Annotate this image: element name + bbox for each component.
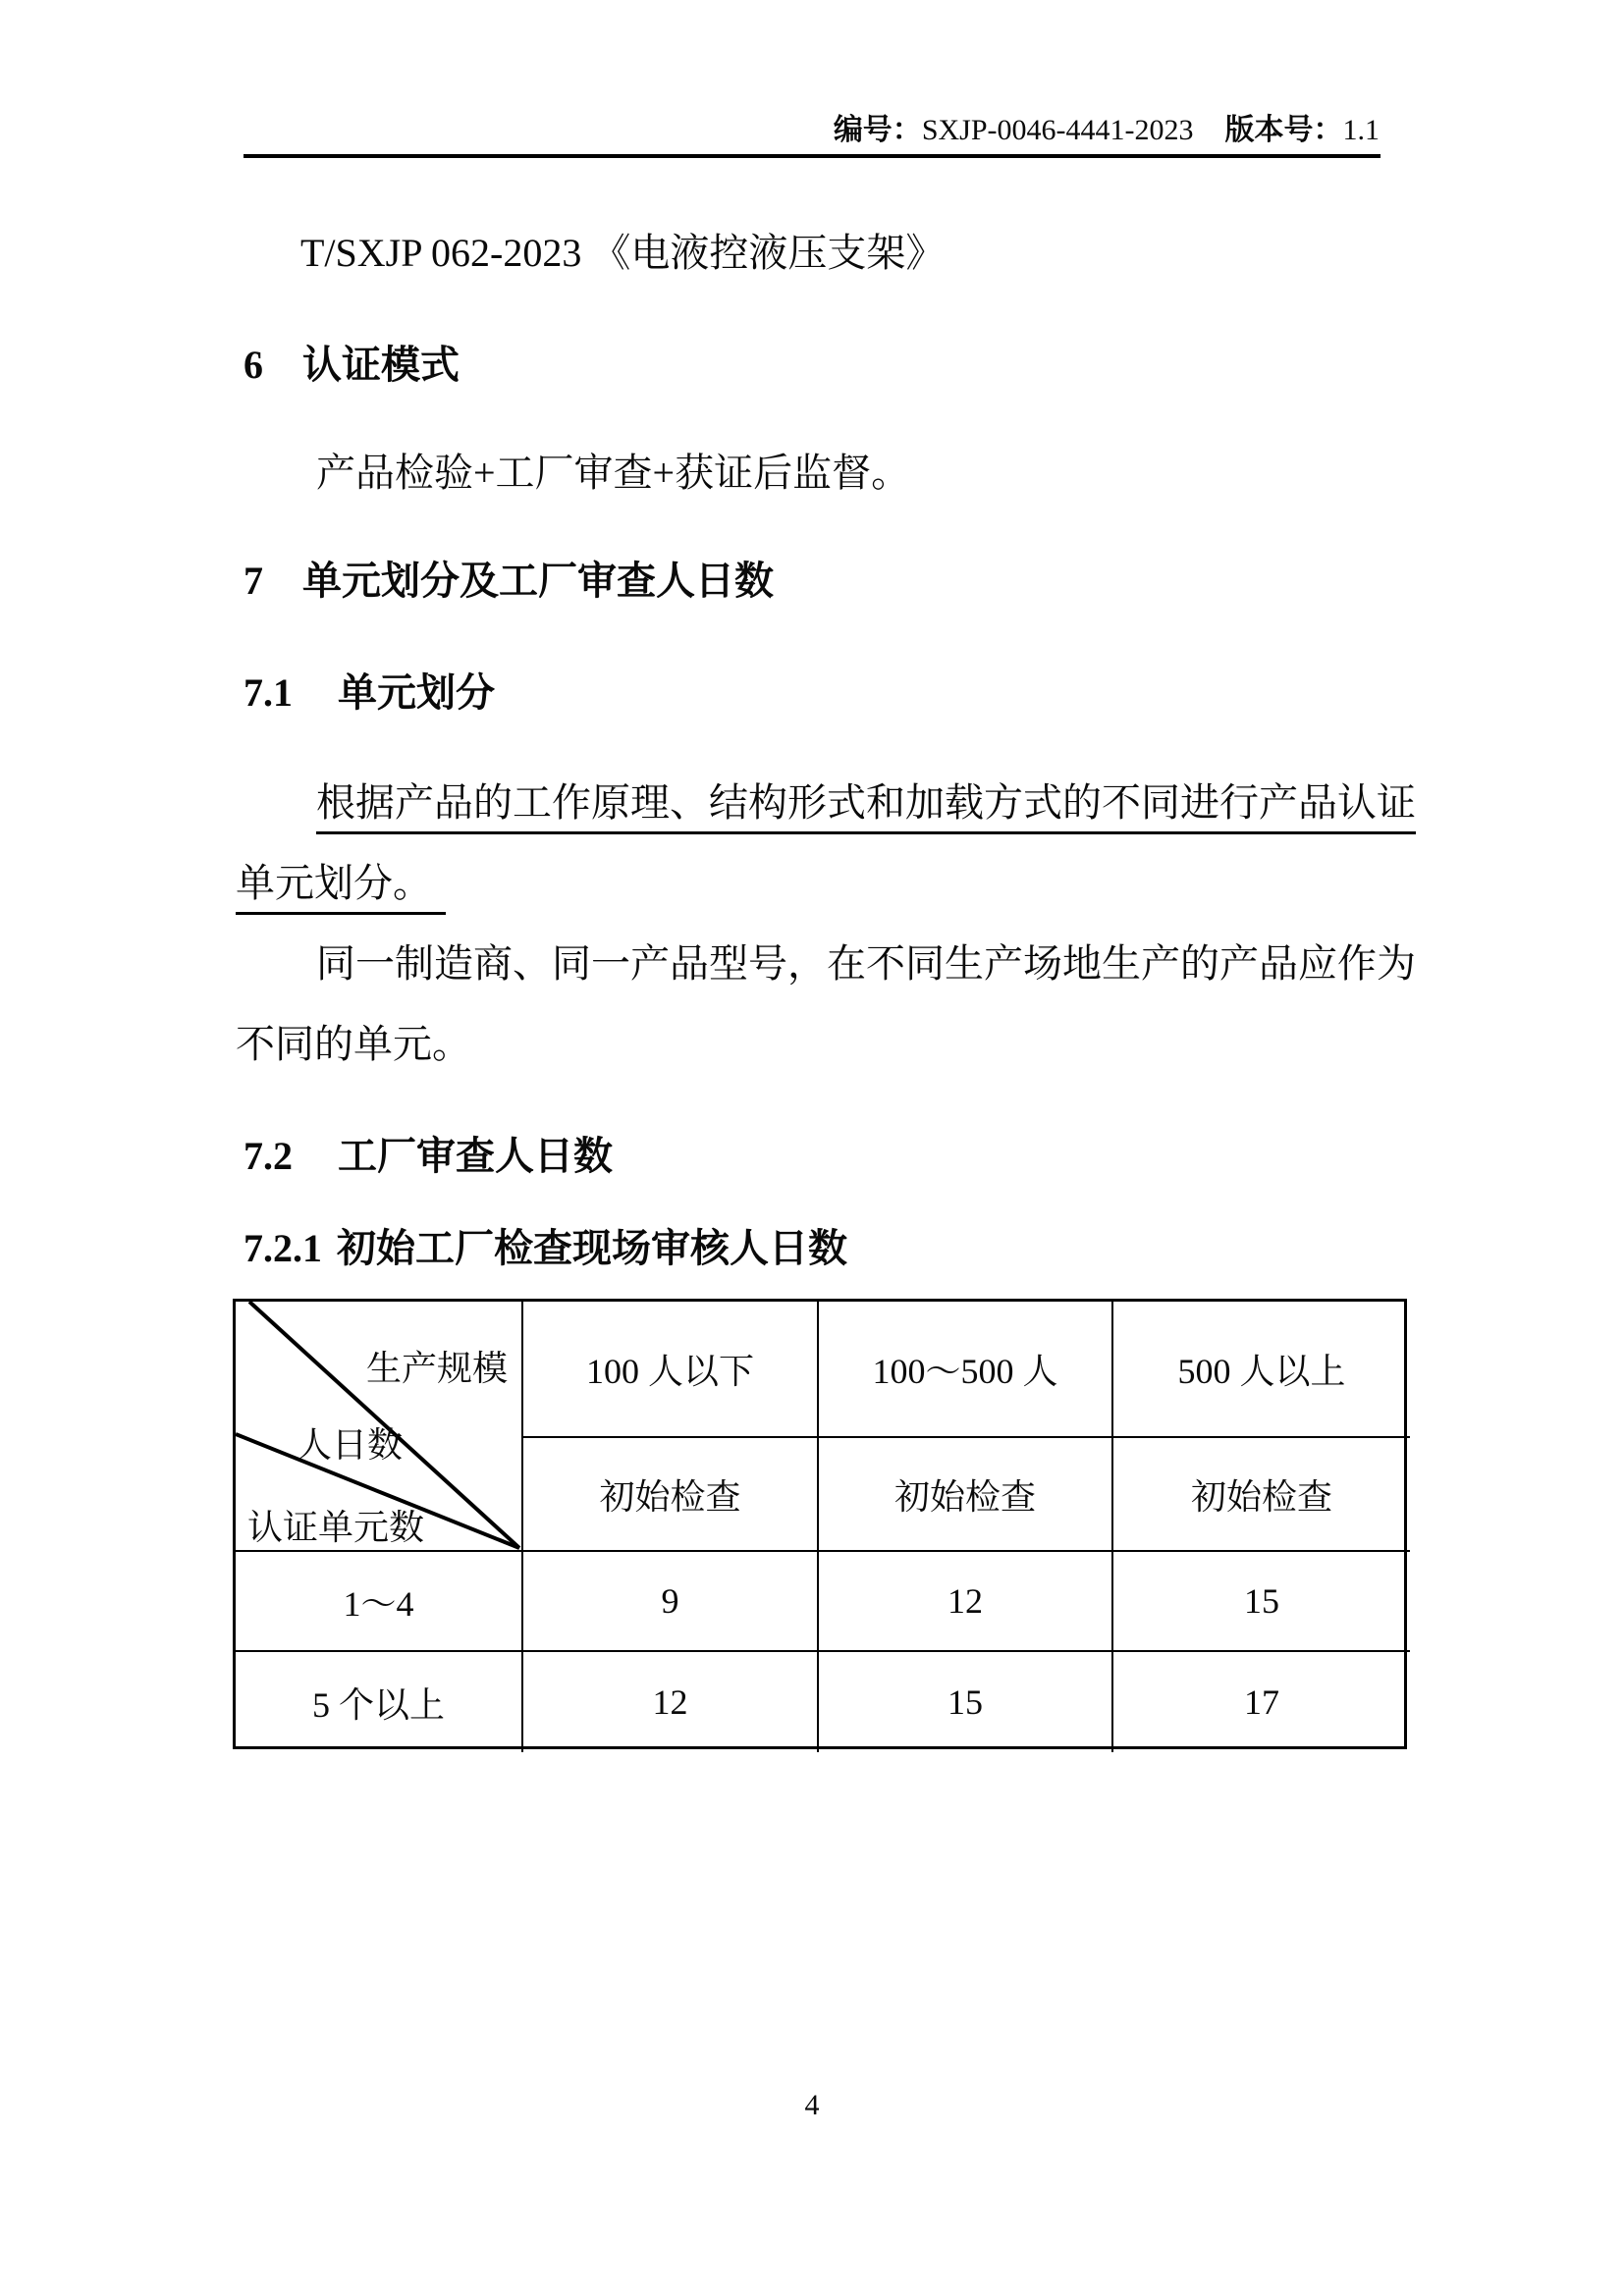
col-header-over-500: 500 人以上 <box>1113 1302 1410 1438</box>
running-header: 编号：SXJP-0046-4441-2023版本号：1.1 <box>834 114 1380 146</box>
audit-man-days-table: 生产规模 人日数 认证单元数 100 人以下 100～500 人 500 人以上… <box>233 1299 1407 1749</box>
sub-header-initial-check-1: 初始检查 <box>523 1438 819 1552</box>
para-manufacturer-line1: 同一制造商、同一产品型号，在不同生产场地生产的产品应作为 <box>316 933 1416 988</box>
corner-label-cert-units: 认证单元数 <box>247 1500 424 1550</box>
heading-6-title: 认证模式 <box>302 343 460 387</box>
col-header-100-500: 100～500 人 <box>819 1302 1113 1438</box>
heading-section-7-2: 7.2工厂审查人日数 <box>244 1125 613 1181</box>
heading-7-2-number: 7.2 <box>244 1133 293 1179</box>
document-page: 编号：SXJP-0046-4441-2023版本号：1.1 T/SXJP 062… <box>0 0 1624 2296</box>
page-number: 4 <box>0 2089 1624 2122</box>
heading-7-2-1-title: 初始工厂检查现场审核人日数 <box>337 1226 847 1270</box>
table-corner-cell: 生产规模 人日数 认证单元数 <box>236 1302 523 1552</box>
heading-7-1-number: 7.1 <box>244 669 293 716</box>
heading-section-6: 6认证模式 <box>244 334 460 390</box>
col-header-under-100: 100 人以下 <box>523 1302 819 1438</box>
doc-version-label: 版本号： <box>1225 114 1343 146</box>
heading-section-7-1: 7.1单元划分 <box>244 662 495 718</box>
header-rule <box>244 154 1380 158</box>
para-manufacturer-line2: 不同的单元。 <box>236 1013 471 1069</box>
value-5-plus-under-100: 12 <box>523 1652 819 1752</box>
para-unit-division-line1: 根据产品的工作原理、结构形式和加载方式的不同进行产品认证 <box>316 772 1416 828</box>
sub-header-initial-check-3: 初始检查 <box>1113 1438 1410 1552</box>
value-5-plus-over-500: 17 <box>1113 1652 1410 1752</box>
heading-7-2-title: 工厂审查人日数 <box>338 1134 613 1178</box>
heading-section-7: 7单元划分及工厂审查人日数 <box>244 550 774 606</box>
doc-number-value: SXJP-0046-4441-2023 <box>922 114 1194 146</box>
standard-reference: T/SXJP 062-2023 《电液控液压支架》 <box>300 222 945 278</box>
corner-label-man-days: 人日数 <box>297 1417 403 1468</box>
heading-7-number: 7 <box>244 558 263 604</box>
heading-6-number: 6 <box>244 342 263 388</box>
para-unit-division-line2: 单元划分。 <box>236 852 446 908</box>
section-6-body: 产品检验+工厂审查+获证后监督。 <box>316 442 910 498</box>
doc-number-label: 编号： <box>834 114 922 146</box>
doc-version-value: 1.1 <box>1343 114 1380 146</box>
row-label-1-4: 1～4 <box>236 1552 523 1652</box>
heading-section-7-2-1: 7.2.1初始工厂检查现场审核人日数 <box>244 1217 847 1273</box>
corner-label-production-scale: 生产规模 <box>366 1341 508 1391</box>
value-1-4-over-500: 15 <box>1113 1552 1410 1652</box>
heading-7-2-1-number: 7.2.1 <box>244 1225 322 1271</box>
sub-header-initial-check-2: 初始检查 <box>819 1438 1113 1552</box>
row-label-5-plus: 5 个以上 <box>236 1652 523 1752</box>
value-5-plus-100-500: 15 <box>819 1652 1113 1752</box>
value-1-4-under-100: 9 <box>523 1552 819 1652</box>
heading-7-title: 单元划分及工厂审查人日数 <box>302 559 774 603</box>
heading-7-1-title: 单元划分 <box>338 670 495 715</box>
value-1-4-100-500: 12 <box>819 1552 1113 1652</box>
